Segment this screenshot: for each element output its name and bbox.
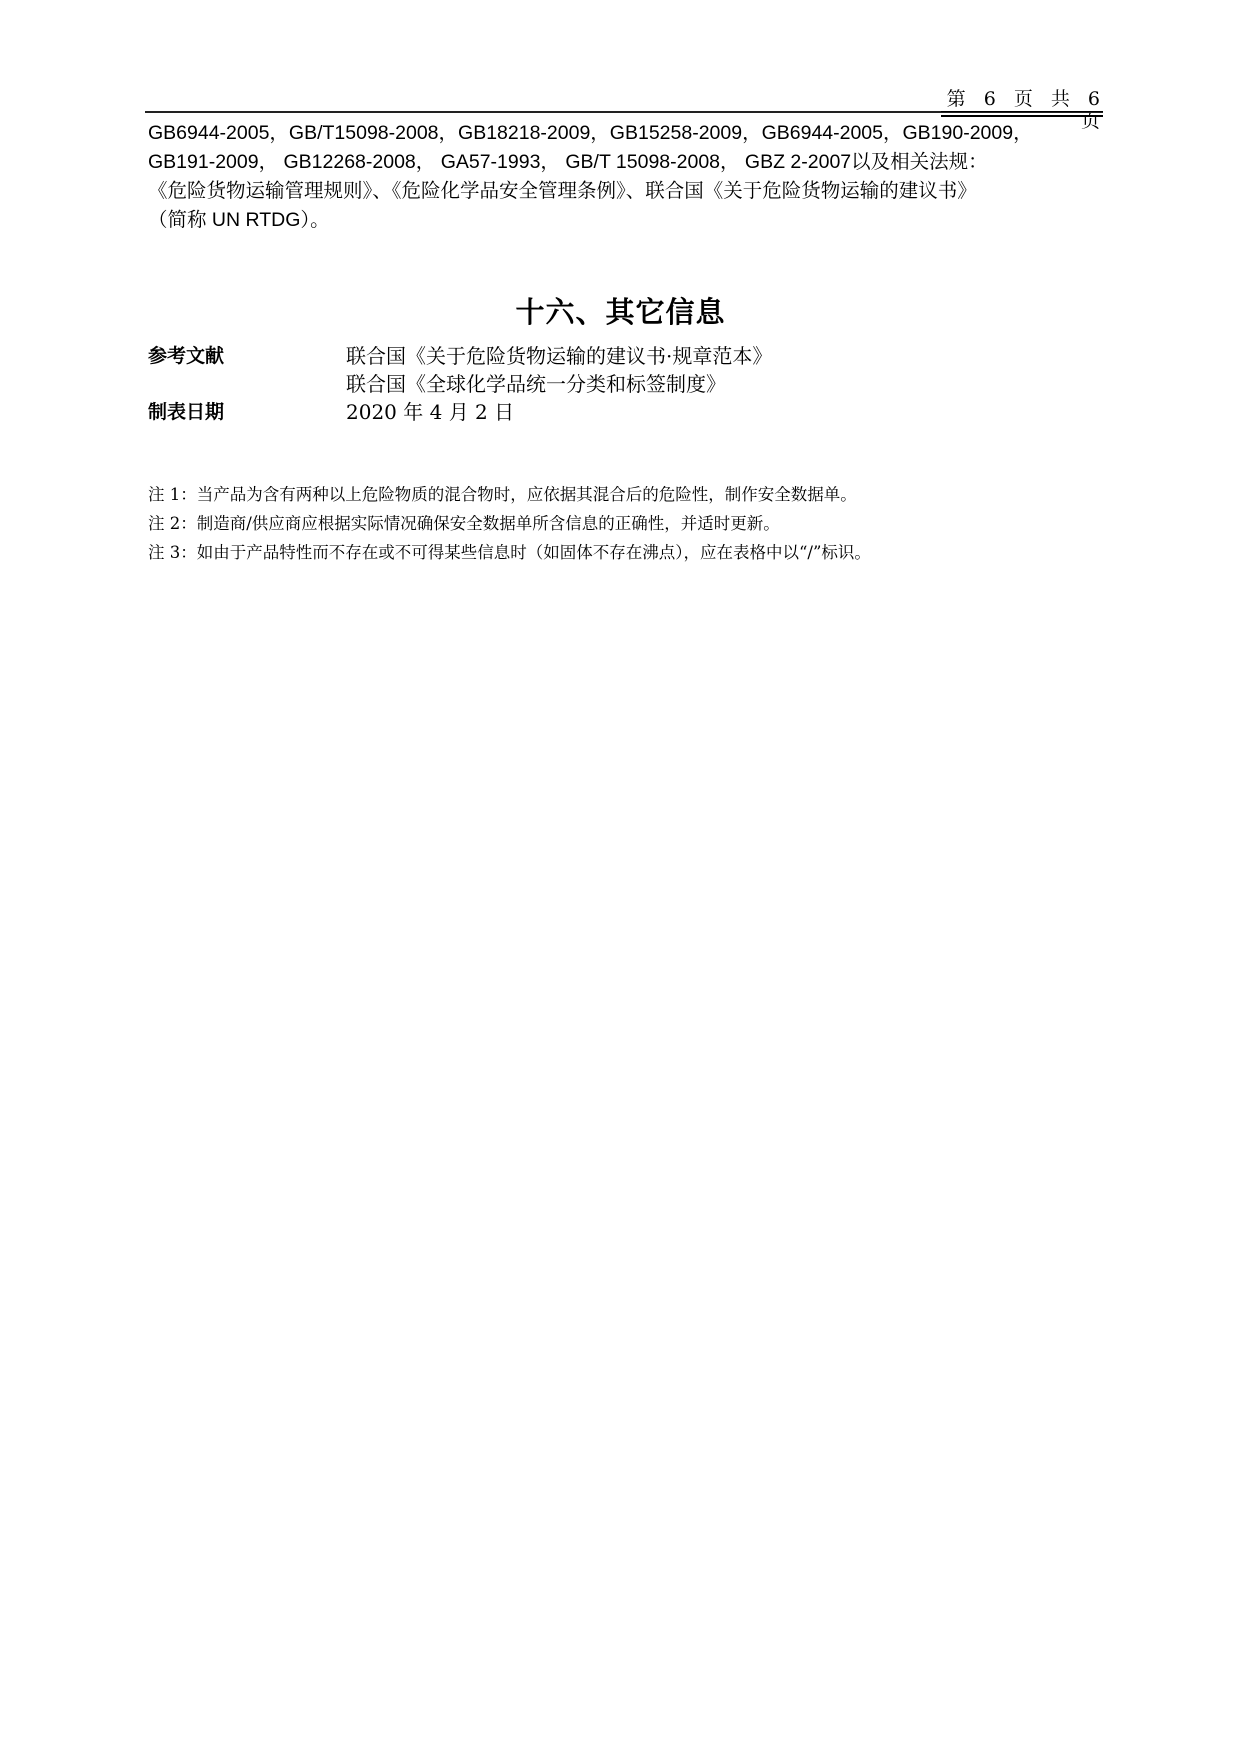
reference-item-1: 联合国《关于危险货物运输的建议书·规章范本》 (346, 342, 772, 370)
page-number-underline-bottom (941, 115, 1103, 117)
date-value: 2020 年 4 月 2 日 (346, 398, 514, 426)
regulations-line-3: 《危险货物运输管理规则》、《危险化学品安全管理条例》、联合国《关于危险货物运输的… (148, 177, 1108, 206)
note-3: 注 3：如由于产品特性而不存在或不可得某些信息时（如固体不存在沸点），应在表格中… (148, 538, 871, 567)
section-title: 十六、其它信息 (0, 290, 1241, 331)
regulations-line-2: GB191-2009， GB12268-2008， GA57-1993， GB/… (148, 148, 1108, 177)
references-label: 参考文献 (148, 342, 348, 370)
regulations-line-4: （简称 UN RTDG）。 (148, 206, 1108, 235)
notes: 注 1：当产品为含有两种以上危险物质的混合物时，应依据其混合后的危险性，制作安全… (148, 480, 871, 567)
note-1: 注 1：当产品为含有两种以上危险物质的混合物时，应依据其混合后的危险性，制作安全… (148, 480, 871, 509)
regulations-line-1: GB6944-2005，GB/T15098-2008，GB18218-2009，… (148, 119, 1108, 148)
regulations-paragraph: GB6944-2005，GB/T15098-2008，GB18218-2009，… (148, 119, 1108, 235)
reference-item-2: 联合国《全球化学品统一分类和标签制度》 (346, 370, 726, 398)
date-label: 制表日期 (148, 398, 348, 426)
page-number-underline-top (941, 111, 1103, 112)
note-2: 注 2：制造商/供应商应根据实际情况确保安全数据单所含信息的正确性，并适时更新。 (148, 509, 871, 538)
